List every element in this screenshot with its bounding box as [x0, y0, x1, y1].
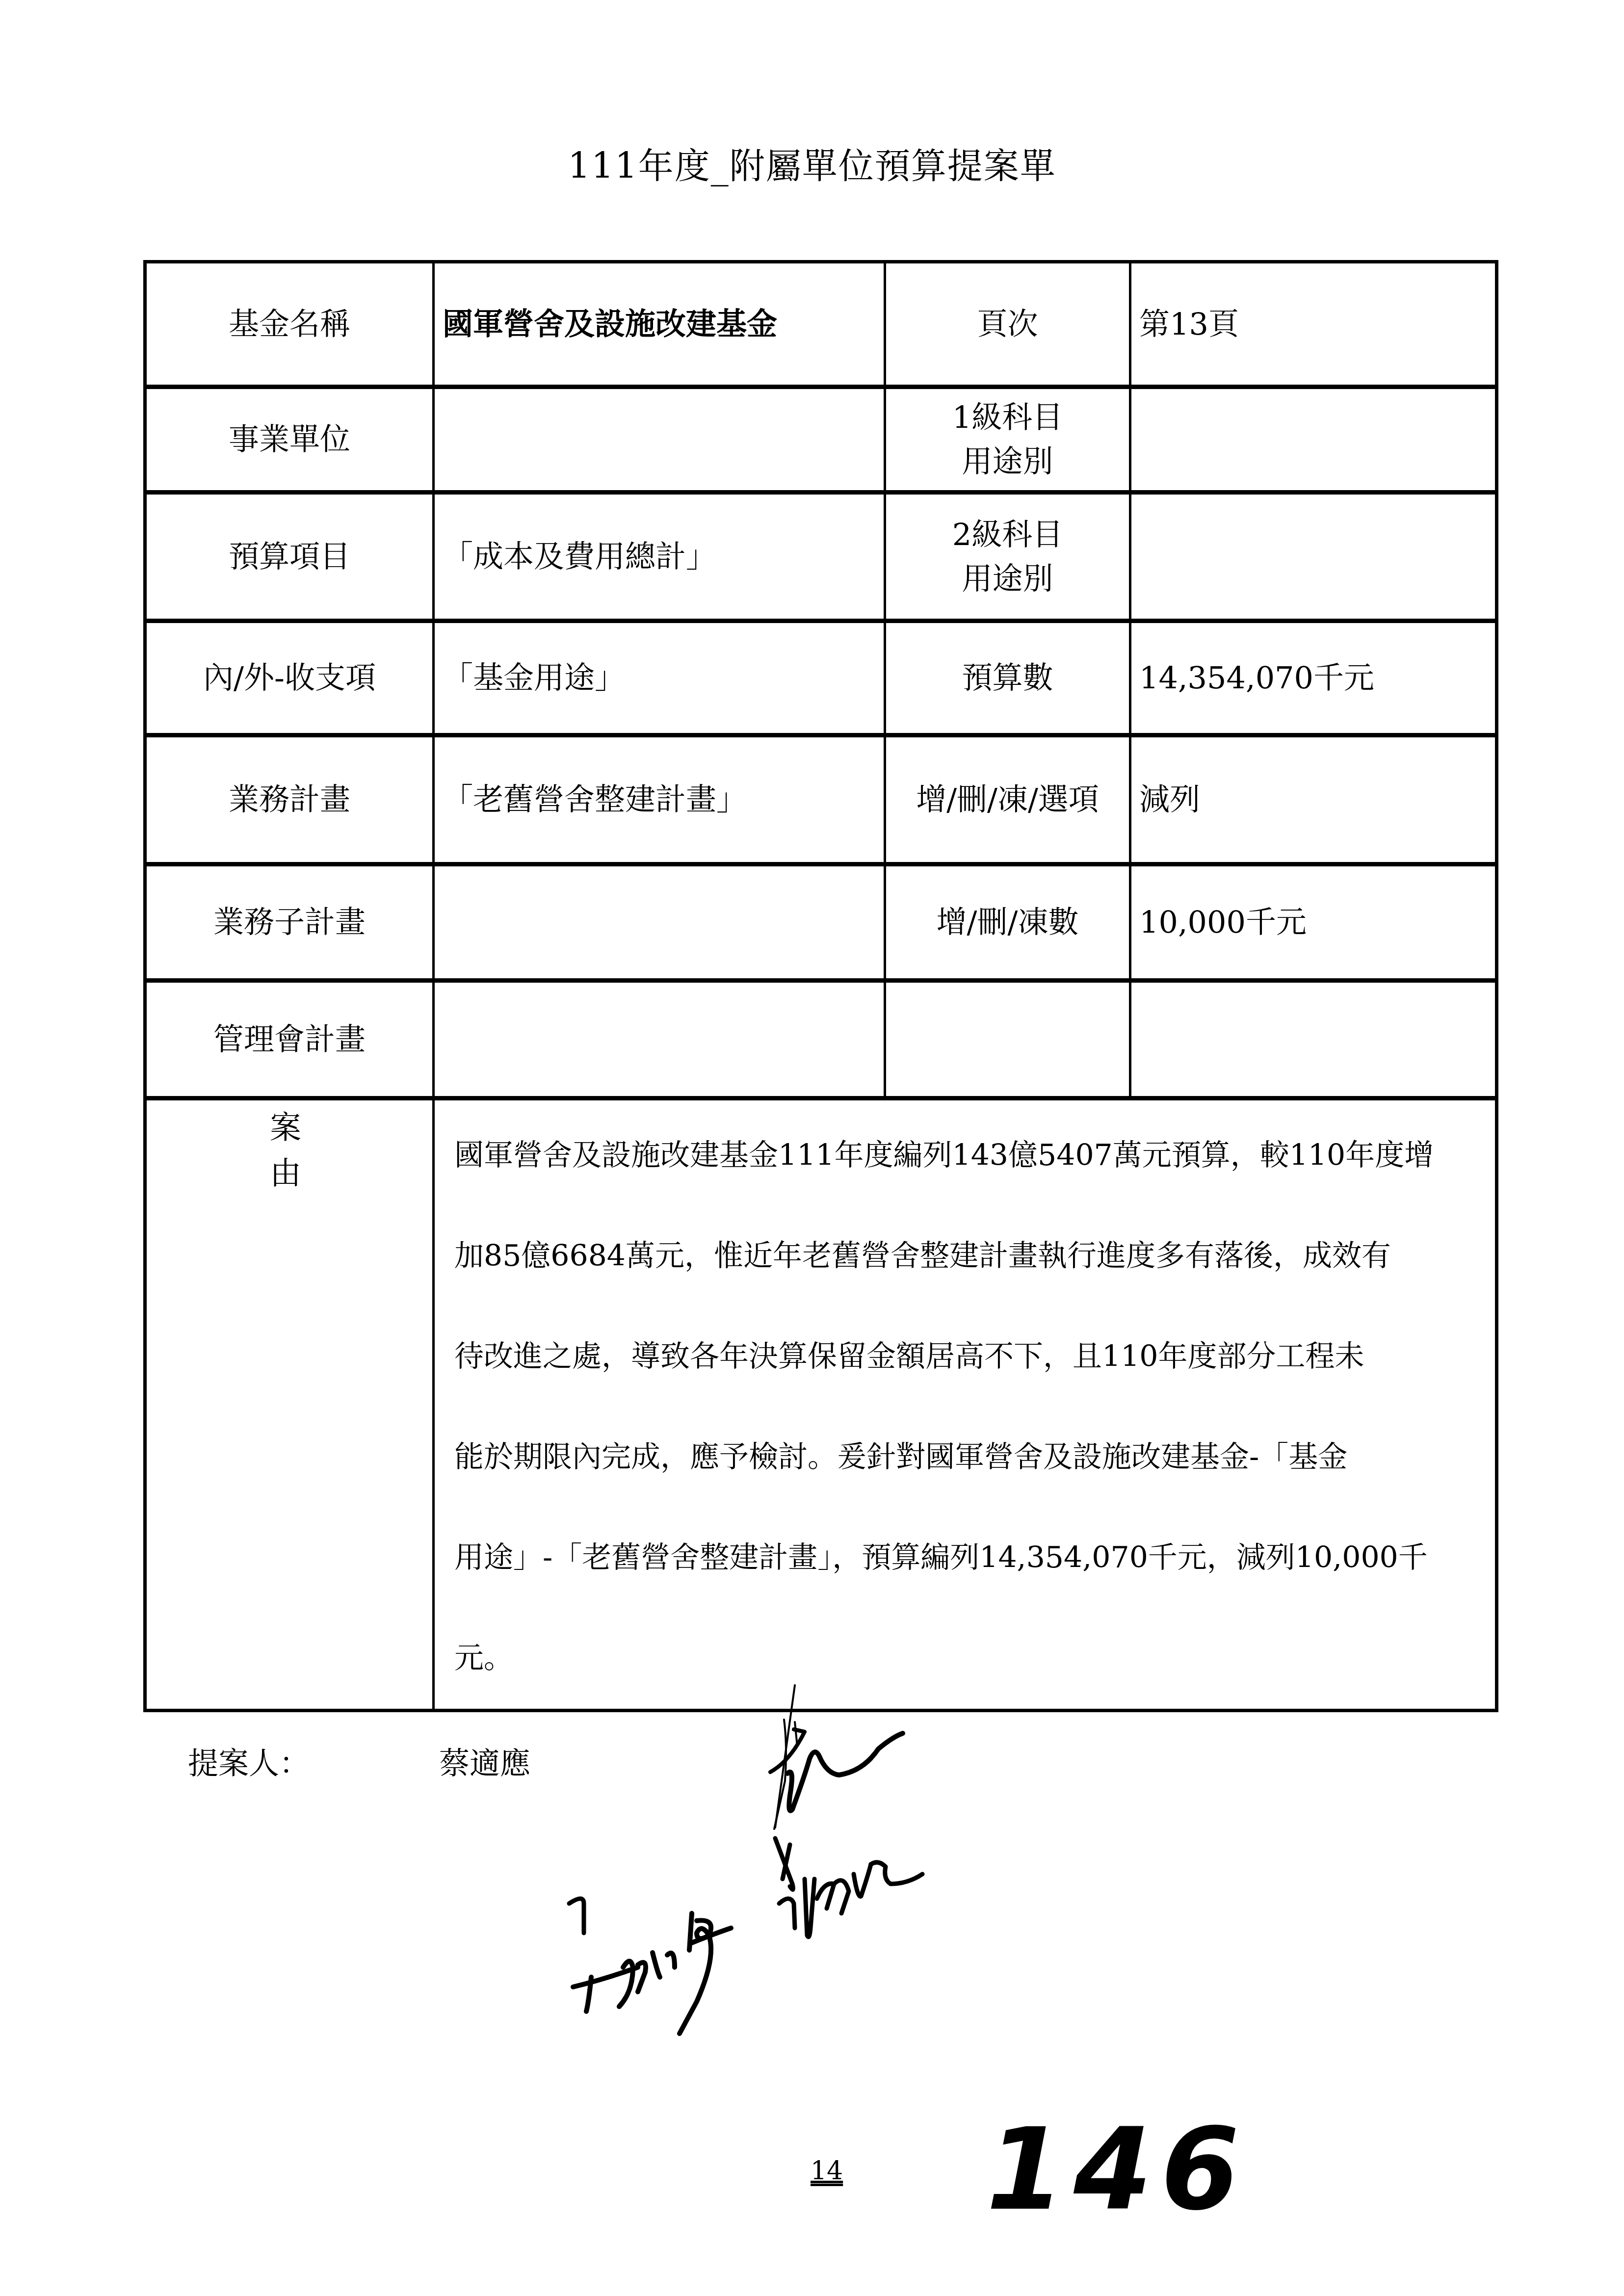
- handwritten-page-number: 146: [986, 2105, 1248, 2236]
- level1-subject-value: [1130, 387, 1497, 493]
- adjust-option-label: 增/刪/凍/選項: [885, 735, 1130, 864]
- business-plan-value: 「老舊營舍整建計畫」: [434, 735, 885, 864]
- form-row-management-plan: 管理會計畫: [145, 981, 1497, 1098]
- management-plan-value: [434, 981, 885, 1098]
- form-row-sub-plan: 業務子計畫 增/刪/凍數 10,000千元: [145, 864, 1497, 981]
- fund-name-label: 基金名稱: [145, 262, 434, 387]
- empty-value-cell: [1130, 981, 1497, 1098]
- income-expense-label: 內/外-收支項: [145, 621, 434, 735]
- sub-plan-label: 業務子計畫: [145, 864, 434, 981]
- proposer-label: 提案人：: [188, 1739, 310, 1783]
- level1-subject-label-line2: 用途別: [894, 440, 1121, 484]
- page-ref-label: 頁次: [885, 262, 1130, 387]
- reason-line: 元。: [454, 1608, 1485, 1709]
- adjust-option-value: 減列: [1130, 735, 1497, 864]
- signature-2: [569, 1838, 922, 1937]
- form-row-business-unit: 事業單位 1級科目 用途別: [145, 387, 1497, 493]
- reason-line: 能於期限內完成，應予檢討。爰針對國軍營舍及設施改建基金-「基金: [454, 1407, 1485, 1508]
- level2-subject-label: 2級科目 用途別: [885, 493, 1130, 621]
- empty-label-cell: [885, 981, 1130, 1098]
- form-row-fund-name: 基金名稱 國軍營舍及設施改建基金 頁次 第13頁: [145, 262, 1497, 387]
- form-row-reason: 案由 國軍營舍及設施改建基金111年度編列143億5407萬元預算，較110年度…: [145, 1098, 1497, 1711]
- level2-subject-label-line2: 用途別: [894, 557, 1121, 601]
- business-unit-label: 事業單位: [145, 387, 434, 493]
- budget-item-value: 「成本及費用總計」: [434, 493, 885, 621]
- income-expense-value: 「基金用途」: [434, 621, 885, 735]
- reason-label: 案由: [145, 1098, 434, 1711]
- level2-subject-value: [1130, 493, 1497, 621]
- form-row-business-plan: 業務計畫 「老舊營舍整建計畫」 增/刪/凍/選項 減列: [145, 735, 1497, 864]
- reason-line: 待改進之處，導致各年決算保留金額居高不下，且110年度部分工程未: [454, 1306, 1485, 1407]
- signature-3: [573, 1913, 731, 2034]
- business-plan-label: 業務計畫: [145, 735, 434, 864]
- reason-line: 用途」-「老舊營舍整建計畫」，預算編列14,354,070千元，減列10,000…: [454, 1508, 1485, 1608]
- level1-subject-label-line1: 1級科目: [894, 395, 1121, 440]
- budget-amount-value: 14,354,070千元: [1130, 621, 1497, 735]
- adjust-amount-value: 10,000千元: [1130, 864, 1497, 981]
- reason-line: 國軍營舍及設施改建基金111年度編列143億5407萬元預算，較110年度增: [454, 1105, 1485, 1206]
- level2-subject-label-line1: 2級科目: [894, 513, 1121, 557]
- fund-name-value: 國軍營舍及設施改建基金: [434, 262, 885, 387]
- management-plan-label: 管理會計畫: [145, 981, 434, 1098]
- reason-text: 國軍營舍及設施改建基金111年度編列143億5407萬元預算，較110年度增 加…: [434, 1098, 1497, 1711]
- page-ref-value: 第13頁: [1130, 262, 1497, 387]
- budget-item-label: 預算項目: [145, 493, 434, 621]
- form-row-income-expense: 內/外-收支項 「基金用途」 預算數 14,354,070千元: [145, 621, 1497, 735]
- budget-proposal-page: 111年度_附屬單位預算提案單 基金名稱 國軍營舍及設施改建基金 頁次 第13頁…: [0, 0, 1624, 2296]
- adjust-amount-label: 增/刪/凍數: [885, 864, 1130, 981]
- proposal-form-table: 基金名稱 國軍營舍及設施改建基金 頁次 第13頁 事業單位 1級科目 用途別 預…: [143, 260, 1498, 1712]
- proposer-name: 蔡適應: [439, 1739, 530, 1783]
- level1-subject-label: 1級科目 用途別: [885, 387, 1130, 493]
- sub-plan-value: [434, 864, 885, 981]
- form-row-budget-item: 預算項目 「成本及費用總計」 2級科目 用途別: [145, 493, 1497, 621]
- business-unit-value: [434, 387, 885, 493]
- budget-amount-label: 預算數: [885, 621, 1130, 735]
- page-number: 14: [811, 2156, 843, 2186]
- reason-line: 加85億6684萬元，惟近年老舊營舍整建計畫執行進度多有落後，成效有: [454, 1206, 1485, 1306]
- document-title: 111年度_附屬單位預算提案單: [0, 137, 1624, 188]
